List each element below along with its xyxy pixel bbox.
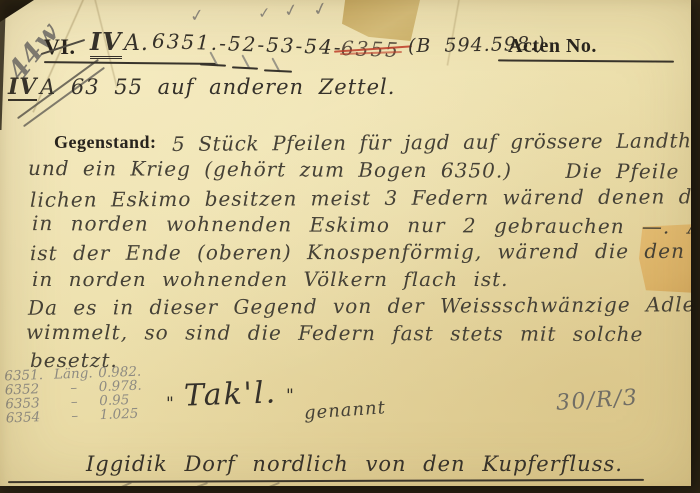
redirect-note-text: A 63 55 auf anderen Zettel. [40,77,395,98]
native-name: Tak'l. [184,378,278,411]
measurement-value: 1.025 [99,406,138,421]
header-underline [44,61,216,64]
category-numeral: IV [90,30,122,59]
subject-label: Gegenstand: [54,132,157,153]
body-line-6: in norden wohnenden Völkern flach ist. [32,269,509,289]
measurement-list: 6351. Läng. 0.982. 6352 – 0.978. 6353 – … [4,364,143,425]
scan-edge-right [691,0,700,493]
measurement-value: 0.95 [99,392,130,407]
measurement-value: 0.978. [98,378,141,393]
body-line-2: und ein Krieg (gehört zum Bogen 6350.) D… [28,158,700,182]
provenance-underline [8,479,644,483]
number-underline [232,66,258,69]
check-icon: ✓ [311,0,330,21]
body-line-3: lichen Eskimo besitzen meist 3 Federn wä… [30,186,700,210]
number-underline [200,63,226,66]
body-line-1: 5 Stück Pfeilen für jagd auf grössere La… [172,130,700,154]
series-letter: A. [124,33,149,55]
redirect-numeral: IV [8,76,37,101]
measurement-value: 0.982. [98,364,141,379]
check-icon: ✓ [257,3,271,22]
body-line-5: ist der Ende (oberen) Knospenförmig, wär… [30,241,685,263]
measurement-dim: – [50,407,100,423]
provenance-line: Iggidik Dorf nordlich von den Kupferflus… [86,454,623,475]
archive-card: 44w ✓ ✓ ✓ ✓ VI. IV A. 6351.-52-53-54- 63… [0,0,700,493]
acten-no-ruled-line [498,59,674,62]
inventory-numbers: 6351.-52-53-54- [152,31,343,58]
native-name-suffix: genannt [303,399,386,423]
acten-no-label: Acten No. [508,35,597,58]
shelf-mark: 30/R/3 [555,387,639,415]
native-name-close-quote: " [286,388,295,405]
body-line-4: in norden wohnenden Eskimo nur 2 gebrauc… [32,213,700,237]
measurement-number: 6354 [6,409,50,425]
scan-edge-bottom [0,486,700,493]
body-line-7: Da es in dieser Gegend von der Weissschw… [28,294,700,318]
body-line-2-text: und ein Krieg (gehört zum Bogen 6350.) D… [28,156,700,184]
measurement-number: 6352 [5,381,49,397]
check-icon: ✓ [282,0,300,22]
check-icon: ✓ [189,5,206,27]
body-line-8: wimmelt, so sind die Federn fast stets m… [26,322,643,344]
native-name-open-quote: " [166,396,175,413]
